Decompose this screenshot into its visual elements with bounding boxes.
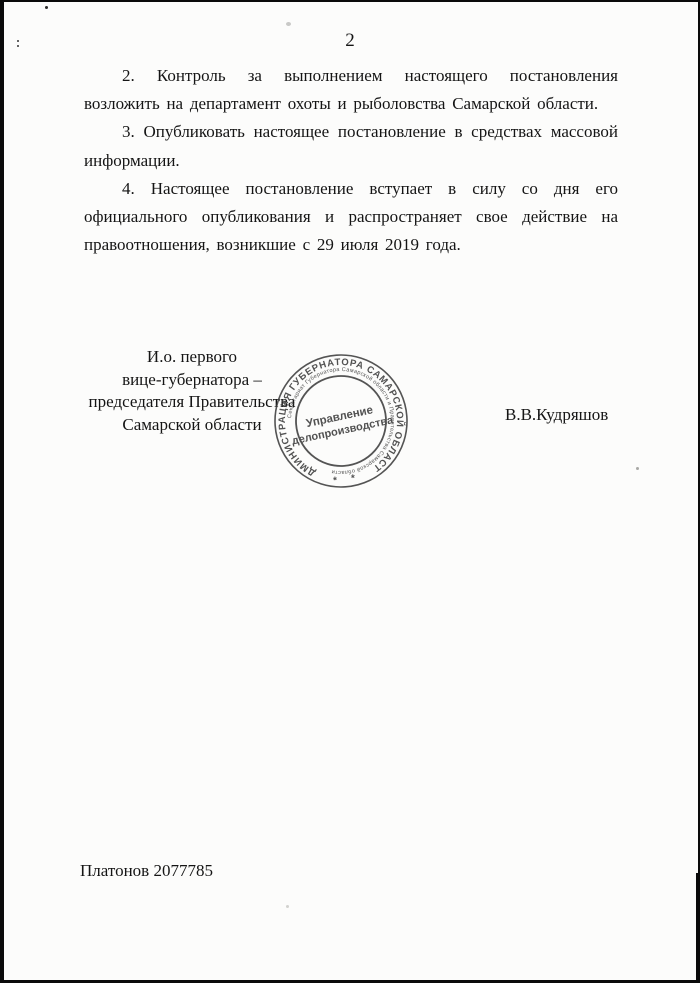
- paragraph-control: 2. Контроль за выполнением настоящего по…: [84, 62, 618, 118]
- scan-speck: [45, 6, 48, 9]
- stamp-outer-text: АДМИНИСТРАЦИЯ ГУБЕРНАТОРА САМАРСКОЙ ОБЛА…: [241, 321, 410, 483]
- stamp-center-text: Управление делопроизводства: [288, 400, 395, 447]
- stamp-asterisk: *: [333, 475, 338, 486]
- document-page: 2 2. Контроль за выполнением настоящего …: [0, 0, 700, 983]
- scan-speck: [286, 22, 291, 26]
- page-number: 2: [0, 30, 700, 52]
- paragraph-publication: 3. Опубликовать настоящее постановление …: [84, 118, 618, 174]
- paragraph-effective-date: 4. Настоящее постановление вступает в си…: [84, 175, 618, 260]
- official-stamp: АДМИНИСТРАЦИЯ ГУБЕРНАТОРА САМАРСКОЙ ОБЛА…: [241, 321, 441, 521]
- signatory-name: В.В.Кудряшов: [505, 405, 608, 425]
- scan-speck: [636, 467, 639, 470]
- scan-edge-right-bottom: [696, 873, 700, 983]
- stamp-asterisk: *: [351, 473, 356, 484]
- scan-edge-left: [0, 0, 4, 983]
- scan-edge-top: [0, 0, 700, 2]
- scan-speck: [286, 905, 289, 908]
- document-body: 2. Контроль за выполнением настоящего по…: [84, 62, 618, 259]
- footer-reference: Платонов 2077785: [80, 861, 213, 881]
